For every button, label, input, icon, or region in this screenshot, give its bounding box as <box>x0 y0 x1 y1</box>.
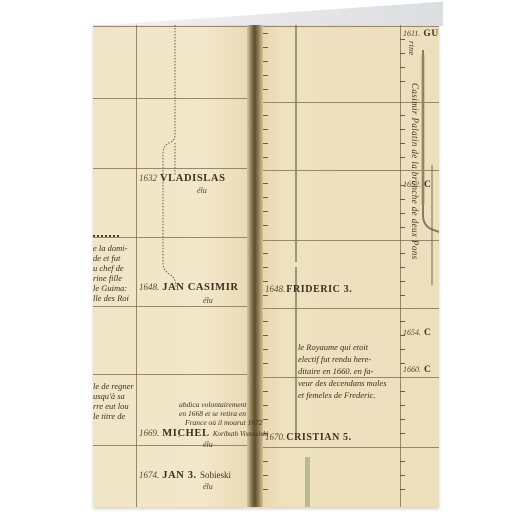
note-line: le Royaume qui etoit <box>298 341 387 353</box>
note-line: en 1668 et se retira en <box>179 409 263 418</box>
entry-name: C <box>424 180 431 190</box>
entry-name: C <box>424 328 431 338</box>
margin-line: lle des Roi <box>93 293 129 303</box>
margin-line: e la domi- <box>93 243 129 253</box>
entry-name: FRIDERIC 3. <box>286 284 352 295</box>
edge-entry: 1611.GU <box>403 29 439 39</box>
entry-note: élu <box>203 296 213 305</box>
entry-name: CRISTIAN 5. <box>286 432 352 443</box>
entry-year: 1648. <box>265 284 285 294</box>
entry-year: 1670. <box>265 432 285 442</box>
entry-year: 1669. <box>139 428 159 438</box>
entry-jan-casimir: 1648.JAN CASIMIR <box>139 282 239 293</box>
entry-frideric-3: 1648.FRIDERIC 3. <box>265 284 352 295</box>
entry-year: 1660. <box>403 365 421 374</box>
entry-note: élu <box>203 482 213 491</box>
edge-entry: 1654.C <box>403 328 431 338</box>
margin-line: le titre de <box>93 411 134 421</box>
entry-year: 1654. <box>403 328 421 337</box>
entry-name: C <box>424 365 431 375</box>
entry-suffix: Koributh Visnoviski <box>213 430 268 438</box>
card-back-flap <box>93 0 443 27</box>
entry-name: JAN CASIMIR <box>162 282 238 293</box>
margin-line: u chef de <box>93 263 129 273</box>
vertical-text-top: rine <box>407 41 416 56</box>
greeting-card: e la domi- de et fut u chef de rine fill… <box>93 25 439 507</box>
edge-entry: 1660.C <box>403 365 431 375</box>
margin-line: de et fut <box>93 253 129 263</box>
note-line: abdica volontairement <box>179 400 263 409</box>
entry-name: MICHEL <box>162 428 209 439</box>
entry-year: 1648. <box>139 282 159 292</box>
margin-note-upper: e la domi- de et fut u chef de rine fill… <box>93 235 129 303</box>
margin-line: rine fille <box>93 273 129 283</box>
margin-line: rre eut lou <box>93 401 134 411</box>
note-line: electif fut rendu here- <box>298 353 387 365</box>
margin-line: usqu'à sa <box>93 391 134 401</box>
kingdom-note: le Royaume qui etoit electif fut rendu h… <box>298 341 387 401</box>
margin-line: le Guima: <box>93 283 129 293</box>
entry-suffix: Sobieski <box>200 470 231 480</box>
entry-name: VLADISLAS <box>160 173 226 184</box>
entry-vladislas: 1632VLADISLAS <box>139 173 226 184</box>
entry-year: 1632 <box>139 173 157 183</box>
note-line: veur des decendans males <box>298 377 387 389</box>
entry-year: 1674. <box>139 470 159 480</box>
margin-line: le de regner <box>93 381 134 391</box>
vertical-text-lineage: Casimir Palatin de la branche de deux Po… <box>410 83 420 260</box>
entry-note: élu <box>203 440 213 449</box>
entry-name: GU <box>423 29 438 39</box>
entry-jan-3: 1674.JAN 3. Sobieski <box>139 470 231 481</box>
entry-name: JAN 3. <box>162 470 197 481</box>
entry-note: élu <box>197 186 207 195</box>
note-line: France où il mourut 1672 <box>179 418 263 427</box>
entry-cristian-5: 1670.CRISTIAN 5. <box>265 432 352 443</box>
note-line: et femeles de Frederic. <box>298 389 387 401</box>
note-line: ditaire en 1660. en fa- <box>298 365 387 377</box>
margin-note-lower: le de regner usqu'à sa rre eut lou le ti… <box>93 381 134 421</box>
entry-michel: 1669.MICHEL Koributh Visnoviski <box>139 428 268 439</box>
entry-year: 1611. <box>403 29 420 38</box>
abdication-note: abdica volontairement en 1668 et se reti… <box>179 400 263 427</box>
